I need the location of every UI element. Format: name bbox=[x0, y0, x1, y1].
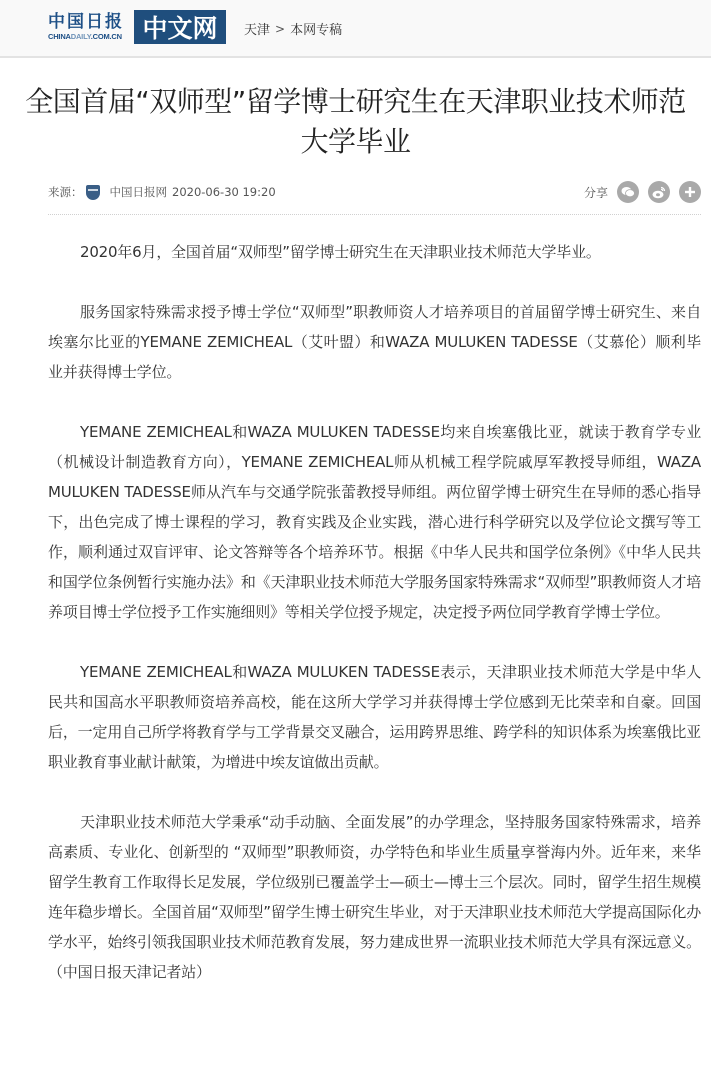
source-label: 来源： bbox=[48, 184, 83, 200]
paragraph: YEMANE ZEMICHEAL和WAZA MULUKEN TADESSE表示，… bbox=[48, 657, 701, 777]
logo-wordmark: 中国日报 CHINADAILY.COM.CN bbox=[48, 10, 134, 44]
source-info: 来源： 中国日报网 2020-06-30 19:20 bbox=[48, 184, 276, 200]
paragraph: YEMANE ZEMICHEAL和WAZA MULUKEN TADESSE均来自… bbox=[48, 417, 701, 627]
logo-box: 中文网 bbox=[134, 10, 226, 44]
share-label: 分享 bbox=[584, 184, 608, 201]
source-name: 中国日报网 bbox=[110, 184, 168, 200]
logo-en-text: CHINADAILY.COM.CN bbox=[48, 32, 134, 42]
top-bar: 中国日报 CHINADAILY.COM.CN 中文网 天津 > 本网专稿 bbox=[0, 0, 711, 58]
article: 全国首届“双师型”留学博士研究生在天津职业技术师范大学毕业 来源： 中国日报网 … bbox=[0, 82, 711, 987]
breadcrumb-separator: > bbox=[275, 22, 285, 36]
share-bar: 分享 bbox=[584, 181, 701, 203]
plus-icon[interactable] bbox=[679, 181, 701, 203]
weibo-icon[interactable] bbox=[648, 181, 670, 203]
logo-cn-text: 中国日报 bbox=[48, 12, 134, 32]
publish-datetime: 2020-06-30 19:20 bbox=[172, 185, 276, 199]
paragraph: 2020年6月，全国首届“双师型”留学博士研究生在天津职业技术师范大学毕业。 bbox=[48, 237, 701, 267]
source-logo-icon bbox=[86, 185, 100, 200]
paragraph: 天津职业技术师范大学秉承“动手动脑、全面发展”的办学理念，坚持服务国家特殊需求，… bbox=[48, 807, 701, 987]
article-body: 2020年6月，全国首届“双师型”留学博士研究生在天津职业技术师范大学毕业。 服… bbox=[0, 237, 711, 987]
breadcrumb: 天津 > 本网专稿 bbox=[244, 19, 342, 38]
paragraph: 服务国家特殊需求授予博士学位“双师型”职教师资人才培养项目的首届留学博士研究生、… bbox=[48, 297, 701, 387]
article-title: 全国首届“双师型”留学博士研究生在天津职业技术师范大学毕业 bbox=[0, 82, 711, 162]
breadcrumb-tianjin[interactable]: 天津 bbox=[244, 19, 270, 38]
article-meta: 来源： 中国日报网 2020-06-30 19:20 分享 bbox=[48, 176, 701, 215]
wechat-icon[interactable] bbox=[617, 181, 639, 203]
china-daily-logo[interactable]: 中国日报 CHINADAILY.COM.CN 中文网 bbox=[48, 10, 226, 44]
breadcrumb-exclusive[interactable]: 本网专稿 bbox=[290, 19, 342, 38]
